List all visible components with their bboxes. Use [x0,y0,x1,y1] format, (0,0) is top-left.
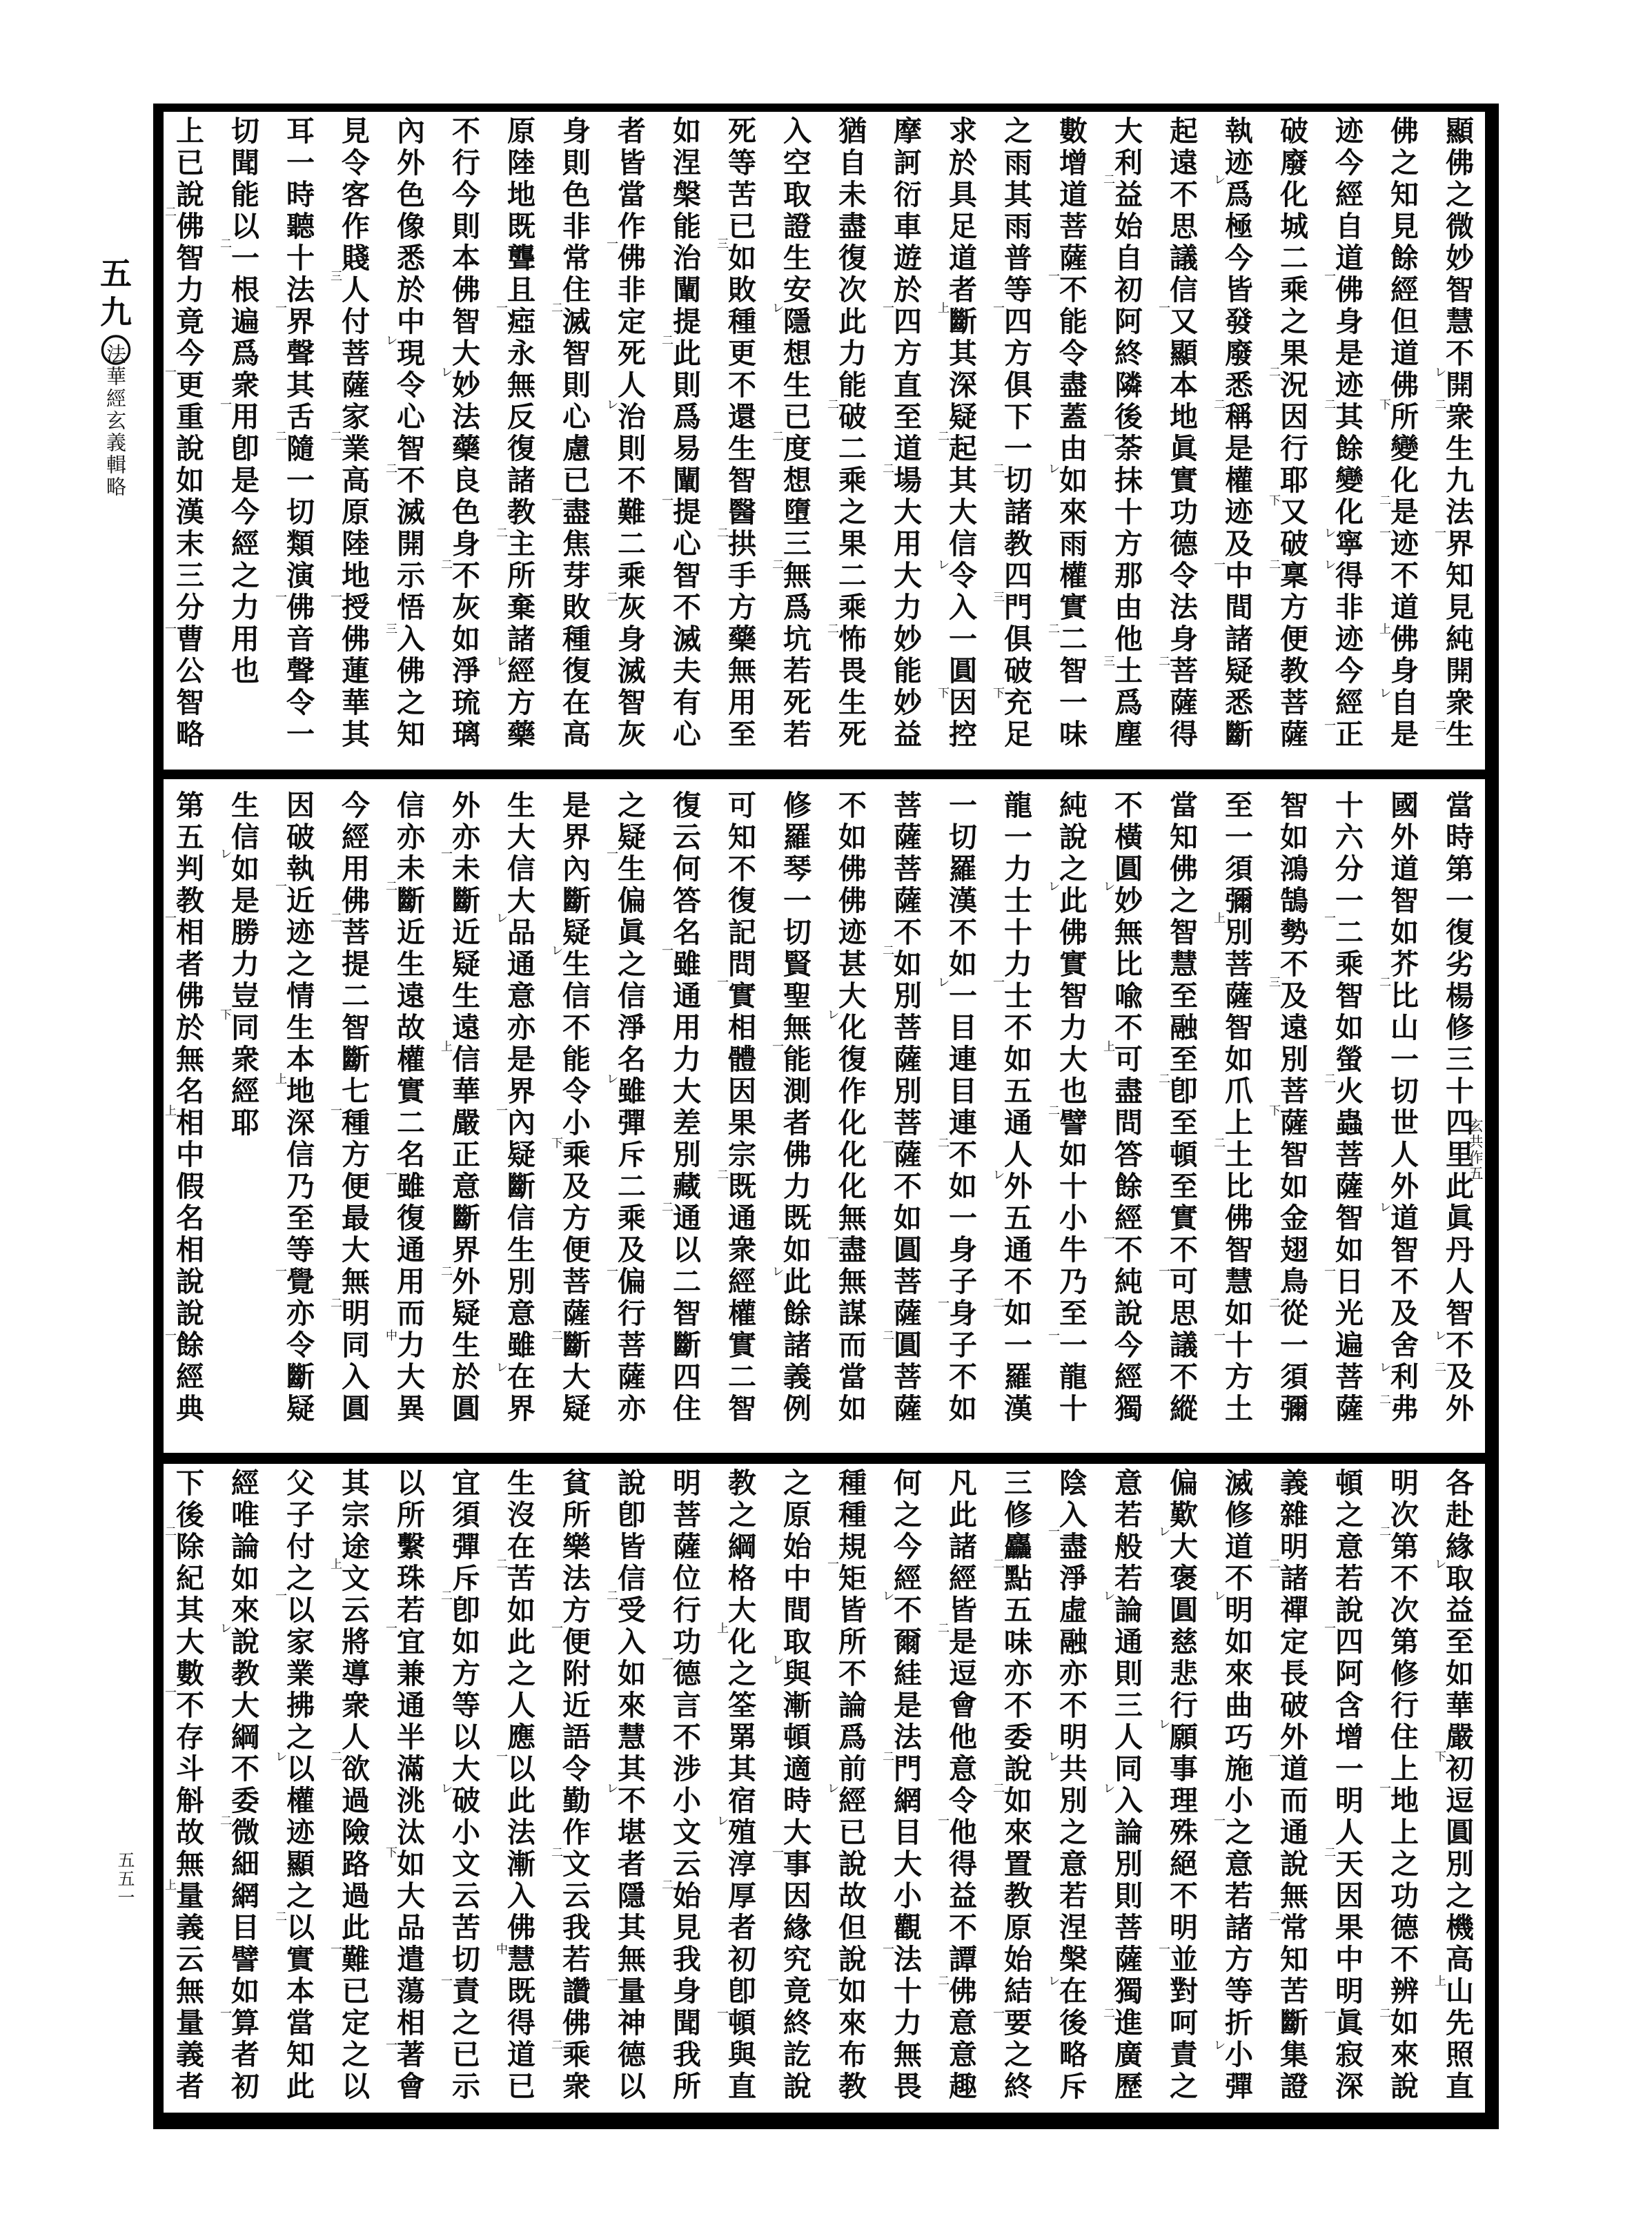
kunten-mark: 上 [1103,1041,1115,1053]
kunten-mark: 下 [938,688,950,700]
kunten-mark: 二 [220,239,232,251]
kunten-mark: 一 [441,1976,453,1988]
kunten-mark: 二 [1324,1074,1336,1086]
kunten-mark: 一 [1324,721,1336,732]
kunten-mark: レ [1214,175,1226,186]
kunten-mark: レ [607,1074,618,1086]
kunten-mark: 上 [275,1074,287,1086]
kunten-mark: 一 [717,977,729,989]
kunten-mark: 上 [717,1623,729,1635]
kunten-mark: 二 [551,1331,563,1342]
kunten-mark: レ [772,1655,784,1667]
kunten-mark: 二 [496,1559,508,1571]
kunten-mark: 一 [551,496,563,507]
kunten-mark: 一 [993,303,1005,315]
text-column: 外亦未斷近疑生遠信華嚴正意斷界外疑生於圓 [436,790,491,1432]
kunten-mark: 一 [275,303,287,315]
kunten-mark: 二 [441,560,453,571]
kunten-mark: 下 [386,1848,397,1859]
kunten-mark: 二 [993,1298,1005,1310]
kunten-mark: 二 [938,431,950,443]
text-column: 之雨其雨普等四方俱下一切諸教四門俱破充足 [988,116,1043,758]
kunten-mark: 二 [1269,560,1281,571]
text-column: 佛之知見餘經但道佛所變化是迹不道佛身自是 [1375,116,1430,758]
kunten-mark: 一 [496,303,508,315]
kunten-mark: 二 [165,207,177,219]
kunten-mark: 二 [441,1591,453,1603]
kunten-mark: 三 [386,624,397,636]
kunten-mark: 一 [1159,1266,1170,1278]
kunten-mark: レ [607,1783,618,1795]
kunten-mark: レ [993,1170,1005,1182]
kunten-mark: 一 [827,1234,839,1246]
kunten-mark: 一 [827,1559,839,1571]
kunten-mark: 二 [1269,1298,1281,1310]
kunten-mark: 一 [772,1848,784,1859]
kunten-mark: レ [496,656,508,668]
kunten-mark: 二 [1103,2008,1115,2020]
kunten-mark: レ [717,1816,729,1828]
kunten-mark: 一 [275,1591,287,1603]
kunten-mark: レ [441,1783,453,1795]
kunten-mark: 二 [993,1783,1005,1795]
kunten-mark: 二 [1379,496,1391,507]
kunten-mark: 一 [275,1266,287,1278]
kunten-mark: 二 [1379,1527,1391,1538]
kunten-mark: 一 [1048,1527,1060,1538]
kunten-mark: レ [827,1783,839,1795]
kunten-mark: 二 [607,592,618,604]
text-column: 顯佛之微妙智慧不開衆生九法界知見純開衆生 [1430,116,1485,758]
kunten-mark: 下 [1435,1752,1446,1763]
text-column: 偏歎大褒圓慈悲行願事理殊絕不明並對呵責之 [1154,1468,1209,2111]
kunten-mark: 二 [551,1848,563,1859]
kunten-mark: 二 [1103,175,1115,186]
kunten-mark: 二 [883,946,894,957]
kunten-mark: 一 [331,592,342,604]
kunten-mark: レ [1324,528,1336,540]
kunten-mark: 一 [662,496,673,507]
kunten-mark: 二 [993,1559,1005,1571]
kunten-mark: 二 [883,1331,894,1342]
kunten-mark: 一 [1214,1331,1226,1342]
kunten-mark: 一 [386,1170,397,1182]
kunten-mark: レ [1048,1976,1060,1988]
kunten-mark: 三 [993,592,1005,604]
kunten-mark: 一 [772,1041,784,1053]
text-column: 之原始中間取與漸頓適時大事因緣究竟終訖說 [767,1468,823,2111]
kunten-mark: 二 [883,464,894,476]
kunten-mark: 二 [1379,2008,1391,2020]
kunten-mark: 二 [1379,1395,1391,1407]
kunten-mark: レ [827,1010,839,1021]
text-column: 不行今則本佛智大妙法藥良色身不灰如淨琉璃 [436,116,491,758]
kunten-mark: 一 [220,2008,232,2020]
kunten-mark: 中 [496,1944,508,1956]
text-column: 十六分一二乘智如螢火蟲菩薩智如日光遍菩薩 [1319,790,1375,1432]
text-column: 之疑生偏眞之信淨名雖彈斥二乘及偏行菩薩亦 [602,790,657,1432]
kunten-mark: レ [1214,2040,1226,2052]
kunten-mark: 一 [220,400,232,411]
kunten-mark: 二 [938,1138,950,1150]
kunten-mark: 二 [938,1976,950,1988]
kunten-mark: 二 [717,528,729,540]
text-column: 以所繫珠若宜兼通半滿洮汰如大品遣蕩相著會 [381,1468,436,2111]
kunten-mark: 一 [496,1752,508,1763]
kunten-mark: 下 [993,688,1005,700]
kunten-mark: 一 [938,1298,950,1310]
kunten-mark: レ [1379,1202,1391,1214]
kunten-mark: 二 [1048,624,1060,636]
kunten-mark: 二 [220,1816,232,1828]
kunten-mark: 二 [386,881,397,893]
kunten-mark: 一 [1324,913,1336,925]
text-column: 國外道智如芥比山一切世人外道智不及舍利弗 [1375,790,1430,1432]
kunten-mark: 下 [1379,400,1391,411]
kunten-mark: 二 [275,431,287,443]
kunten-mark: 一 [993,977,1005,989]
kunten-mark: 一 [717,2008,729,2020]
kunten-mark: 二 [1269,1559,1281,1571]
kunten-mark: レ [772,303,784,315]
kunten-mark: 上 [1214,913,1226,925]
kunten-mark: 一 [662,946,673,957]
kunten-mark: レ [1435,1559,1446,1571]
kunten-mark: 二 [1324,1848,1336,1859]
kunten-mark: 一 [827,1976,839,1988]
kunten-mark: 一 [441,849,453,861]
text-column: 明菩薩位行功德言不涉小文云始見我身聞我所 [657,1468,712,2111]
text-column: 不如佛佛迹甚大化復作化化化無盡無謀而當如 [823,790,878,1432]
kunten-mark: 二 [331,913,342,925]
kunten-mark: 下 [1269,1106,1281,1117]
kunten-mark: 二 [1435,400,1446,411]
kunten-mark: 一 [1159,303,1170,315]
kunten-mark: 一 [1103,1234,1115,1246]
kunten-mark: 一 [993,2008,1005,2020]
text-column: 死等苦已如敗種更不還生智醫拱手方藥無用至 [712,116,767,758]
text-column: 父子付之以家業拂之以權迹顯之以實本當知此 [271,1468,326,2111]
kunten-mark: 一 [1214,1816,1226,1828]
kunten-mark: 一 [275,592,287,604]
kunten-mark: 一 [165,367,177,379]
kunten-mark: 二 [827,400,839,411]
text-column: 陰入盡淨虛融亦不明共別之意若涅槃在後略斥 [1043,1468,1099,2111]
kunten-mark: 一 [1324,1266,1336,1278]
kunten-mark: レ [441,367,453,379]
middle-register: 當時第一復劣楊修三十四里此眞丹人智不及外國外道智如芥比山一切世人外道智不及舍利弗… [160,790,1485,1432]
kunten-mark: レ [1214,1591,1226,1603]
kunten-mark: 三 [717,239,729,251]
kunten-mark: 二 [827,624,839,636]
kunten-mark: 一 [607,849,618,861]
kunten-mark: 一 [938,1816,950,1828]
text-column: 如涅槃能治闡提此則爲易闡提心智不滅夫有心 [657,116,712,758]
kunten-mark: レ [1379,688,1391,700]
kunten-mark: レ [275,1752,287,1763]
kunten-mark: レ [1103,881,1115,893]
margin-title: 法華經玄義輯略 [101,344,130,498]
kunten-mark: 一 [165,913,177,925]
text-column: 內外色像悉於中現令心智不滅開示悟入佛之知 [381,116,436,758]
kunten-mark: 二 [275,1912,287,1923]
kunten-mark: 一 [275,881,287,893]
kunten-mark: 一 [496,1106,508,1117]
kunten-mark: 上 [1435,1976,1446,1988]
kunten-mark: 上 [1379,624,1391,636]
kunten-mark: 上 [331,1559,342,1571]
kunten-mark: 一 [1269,1752,1281,1763]
kunten-mark: 一 [1214,560,1226,571]
kunten-mark: 上 [165,1106,177,1117]
kunten-mark: レ [496,1362,508,1374]
register-divider-upper [164,770,1485,779]
kunten-mark: レ [220,849,232,861]
kunten-mark: 二 [331,1298,342,1310]
text-column: 修羅琴一切賢聖無能測者佛力既如此餘諸義例 [767,790,823,1432]
kunten-mark: 上 [441,1041,453,1053]
kunten-mark: 二 [607,1591,618,1603]
kunten-mark: 二 [441,1266,453,1278]
text-column: 迹今經自道佛身是迹其餘變化寧得非迹今經正 [1319,116,1375,758]
collation-note: 玄共作五 [1467,1118,1484,1182]
kunten-mark: 二 [883,1752,894,1763]
upper-register: 顯佛之微妙智慧不開衆生九法界知見純開衆生佛之知見餘經但道佛所變化是迹不道佛身自是… [160,116,1485,758]
kunten-mark: レ [938,977,950,989]
kunten-mark: 一 [386,2040,397,2052]
kunten-mark: 一 [607,1266,618,1278]
kunten-mark: 二 [662,1880,673,1892]
kunten-mark: 一 [883,303,894,315]
kunten-mark: 二 [1435,1362,1446,1374]
kunten-mark: 二 [1379,977,1391,989]
kunten-mark: レ [1435,1331,1446,1342]
kunten-mark: レ [883,1591,894,1603]
kunten-mark: 二 [1214,400,1226,411]
text-column: 滅修道不明如來曲巧施小之意若諸方等折小彈 [1209,1468,1264,2111]
kunten-mark: レ [1435,367,1446,379]
kunten-mark: 下 [1269,496,1281,507]
kunten-mark: 二 [662,335,673,347]
kunten-mark: 一 [165,1687,177,1699]
kunten-mark: 上 [165,1880,177,1892]
kunten-mark: 一 [883,1944,894,1956]
kunten-mark: 二 [1269,367,1281,379]
kunten-mark: 三 [331,271,342,283]
kunten-mark: 一 [883,1138,894,1150]
kunten-mark: 一 [1435,528,1446,540]
text-column: 切聞能以一根遍爲衆用卽是今經之力用也 [215,116,271,758]
kunten-mark: レ [1324,560,1336,571]
kunten-mark: 二 [772,431,784,443]
kunten-mark: 一 [1324,1623,1336,1635]
text-column: 者皆當作佛非定死人治則不難二乘灰身滅智灰 [602,116,657,758]
kunten-mark: 中 [386,1331,397,1342]
kunten-mark: 二 [1214,1138,1226,1150]
text-column: 破廢化城二乘之果況因行耶又破稟方便教菩薩 [1264,116,1319,758]
text-column: 龍一力士十力士不如五通人外五通不如一羅漢 [988,790,1043,1432]
kunten-mark: 上 [938,303,950,315]
kunten-mark: 二 [662,1202,673,1214]
kunten-mark: 二 [717,1170,729,1182]
kunten-mark: レ [1103,1783,1115,1795]
kunten-mark: レ [496,913,508,925]
kunten-mark: 二 [1159,656,1170,668]
kunten-mark: レ [551,946,563,957]
kunten-mark: 二 [1324,400,1336,411]
kunten-mark: 一 [1324,2008,1336,2020]
text-column: 下後除紀其大數不存斗斛故無量義云無量義者 [160,1468,215,2111]
kunten-mark: 一 [165,624,177,636]
kunten-mark: 二 [165,1527,177,1538]
kunten-mark: 二 [331,1752,342,1763]
bottom-page-number: 五五一 [112,1851,137,1907]
kunten-mark: 二 [1269,1912,1281,1923]
text-column: 當知佛之智慧至融至卽至頓至實不可思議不縱 [1154,790,1209,1432]
kunten-mark: レ [1048,881,1060,893]
text-column: 猶自未盡復次此力能破二乘之果二乘怖畏生死 [823,116,878,758]
scanned-book-page: 五九〇 法華經玄義輯略 五五一 顯佛之微妙智慧不開衆生九法界知見純開衆生佛之知見… [0,0,1652,2232]
text-column: 凡此諸經皆是逗會他意令他得益不譚佛意意趣 [933,1468,988,2111]
kunten-mark: レ [1103,1591,1115,1603]
kunten-mark: レ [1048,464,1060,476]
text-column: 身則色非常住滅智則心慮已盡焦芽敗種復在高 [547,116,602,758]
text-column: 可知不復記問實相體因果宗既通衆經權實二智 [712,790,767,1432]
kunten-mark: レ [772,1266,784,1278]
kunten-mark: 二 [551,303,563,315]
kunten-mark: レ [1048,1752,1060,1763]
text-column: 摩訶衍車遊於四方直至道場大用大力妙能妙益 [878,116,933,758]
kunten-mark: レ [1159,1719,1170,1731]
kunten-mark: 二 [1159,1074,1170,1086]
kunten-mark: 一 [1324,271,1336,283]
kunten-mark: 三 [1269,977,1281,989]
text-column: 生信如是勝力豈同衆經耶 [215,790,271,1432]
kunten-mark: 二 [1048,1106,1060,1117]
kunten-mark: 一 [165,1331,177,1342]
kunten-mark: 二 [938,1623,950,1635]
kunten-mark: 一 [1048,1331,1060,1342]
kunten-mark: 一 [1048,271,1060,283]
kunten-mark: 下 [551,1138,563,1150]
kunten-mark: 一 [607,239,618,251]
kunten-mark: 一 [551,1623,563,1635]
text-column: 何之今經不爾絓是法門網目大小觀法十力無畏 [878,1468,933,2111]
kunten-mark: 三 [1103,656,1115,668]
kunten-mark: 二 [551,2040,563,2052]
text-column: 執迹爲極今皆發廢悉稱是權迹及中間諸疑悉斷 [1209,116,1264,758]
kunten-mark: 一 [1379,528,1391,540]
kunten-mark: 下 [220,1010,232,1021]
kunten-mark: 一 [607,1976,618,1988]
kunten-mark: 二 [993,464,1005,476]
kunten-mark: 二 [386,464,397,476]
register-divider-lower [164,1453,1485,1464]
kunten-mark: レ [386,335,397,347]
kunten-mark: 一 [1103,431,1115,443]
kunten-mark: 二 [772,560,784,571]
kunten-mark: 二 [331,431,342,443]
text-frame: 顯佛之微妙智慧不開衆生九法界知見純開衆生佛之知見餘經但道佛所變化是迹不道佛身自是… [153,104,1499,2129]
kunten-mark: 二 [1435,721,1446,732]
kunten-mark: レ [938,560,950,571]
lower-register: 各赴緣取益至如華嚴初逗圓別之機高山先照直明次第不次第修行住上地上之功德不辨如來說… [160,1468,1485,2111]
kunten-mark: 一 [331,1944,342,1956]
kunten-mark: 一 [1159,1944,1170,1956]
kunten-mark: レ [1159,1527,1170,1538]
kunten-mark: 一 [1379,1783,1391,1795]
kunten-mark: レ [1379,1362,1391,1374]
text-column: 一切羅漢不如一目連目連不如一身子身子不如 [933,790,988,1432]
text-column: 貧所樂法方便附近語令勤作文云我若讚佛乘衆 [547,1468,602,2111]
kunten-mark: 一 [662,1655,673,1667]
kunten-mark: 一 [386,1623,397,1635]
text-column: 數增道菩薩不能令盡蓋由如來雨權實二智一味 [1043,116,1099,758]
text-column: 復云何答名雖通用力大差別藏通以二智斷四住 [657,790,712,1432]
kunten-mark: レ [220,1623,232,1635]
kunten-mark: レ [607,400,618,411]
kunten-mark: 一 [331,1106,342,1117]
kunten-mark: 二 [496,528,508,540]
